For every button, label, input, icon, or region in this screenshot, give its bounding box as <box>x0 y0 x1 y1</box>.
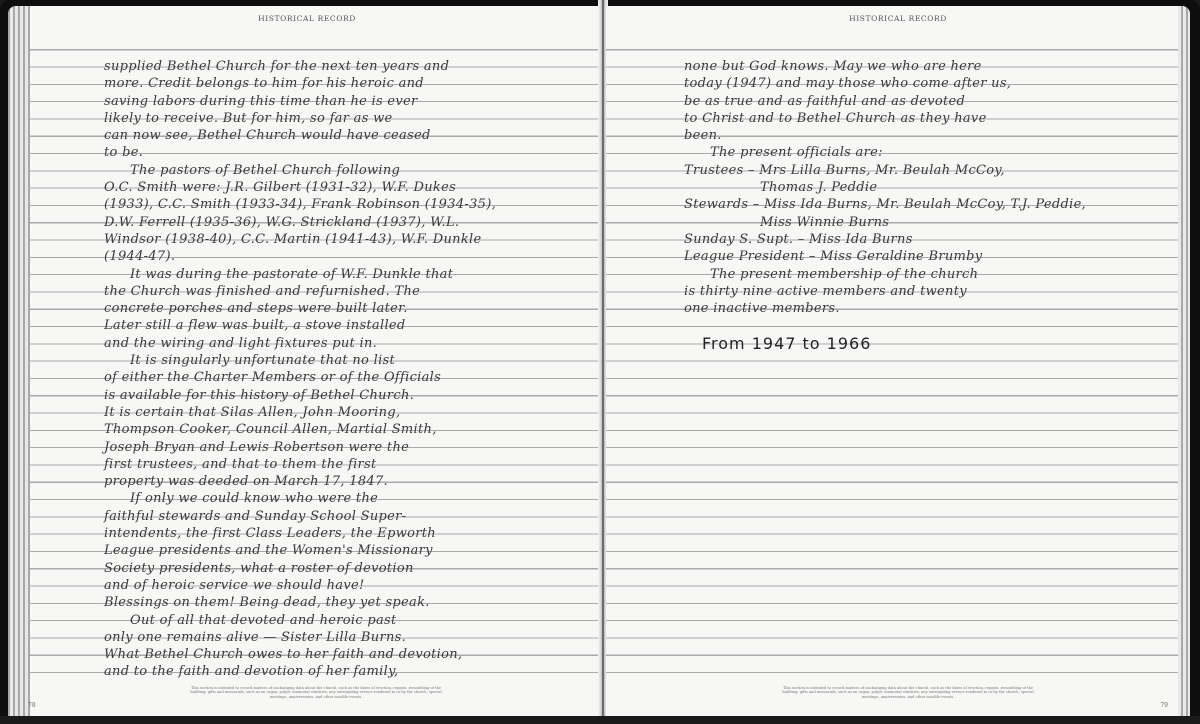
text-line: property was deeded on March 17, 1847. <box>104 473 496 490</box>
text-line: more. Credit belongs to him for his hero… <box>104 75 496 92</box>
page-header: HISTORICAL RECORD <box>8 14 606 23</box>
text-line: Stewards – Miss Ida Burns, Mr. Beulah Mc… <box>684 196 1086 213</box>
text-line: Miss Winnie Burns <box>684 214 1086 231</box>
text-line: Society presidents, what a roster of dev… <box>104 560 496 577</box>
text-line: is available for this history of Bethel … <box>104 387 496 404</box>
printed-footer-note: This section is intended to record matte… <box>186 686 446 699</box>
open-record-book: HISTORICAL RECORD supplied Bethel Church… <box>0 0 1200 716</box>
text-line: and to the faith and devotion of her fam… <box>104 663 496 680</box>
page-number: 78 <box>28 702 36 709</box>
text-line: The pastors of Bethel Church following <box>104 162 496 179</box>
text-line: supplied Bethel Church for the next ten … <box>104 58 496 75</box>
text-line: Thompson Cooker, Council Allen, Martial … <box>104 421 496 438</box>
text-line: The present officials are: <box>684 144 1086 161</box>
text-line: intendents, the first Class Leaders, the… <box>104 525 496 542</box>
right-page: HISTORICAL RECORD none but God knows. Ma… <box>606 6 1190 716</box>
text-line: League presidents and the Women's Missio… <box>104 542 496 559</box>
handwritten-text: none but God knows. May we who are heret… <box>684 58 1086 352</box>
text-line: What Bethel Church owes to her faith and… <box>104 646 496 663</box>
text-line: D.W. Ferrell (1935-36), W.G. Strickland … <box>104 214 496 231</box>
text-line: (1944-47). <box>104 248 496 265</box>
text-line: It is singularly unfortunate that no lis… <box>104 352 496 369</box>
text-line: If only we could know who were the <box>104 490 496 507</box>
text-line: Blessings on them! Being dead, they yet … <box>104 594 496 611</box>
text-line: From 1947 to 1966 <box>684 335 1086 352</box>
text-line: Thomas J. Peddie <box>684 179 1086 196</box>
text-line: Later still a flew was built, a stove in… <box>104 317 496 334</box>
text-line: to Christ and to Bethel Church as they h… <box>684 110 1086 127</box>
text-line: It is certain that Silas Allen, John Moo… <box>104 404 496 421</box>
text-line: concrete porches and steps were built la… <box>104 300 496 317</box>
text-line: today (1947) and may those who come afte… <box>684 75 1086 92</box>
text-line: be as true and as faithful and as devote… <box>684 93 1086 110</box>
text-line: The present membership of the church <box>684 266 1086 283</box>
text-line: League President – Miss Geraldine Brumby <box>684 248 1086 265</box>
text-line: Out of all that devoted and heroic past <box>104 612 496 629</box>
text-line: one inactive members. <box>684 300 1086 317</box>
text-line: and the wiring and light fixtures put in… <box>104 335 496 352</box>
page-header: HISTORICAL RECORD <box>606 14 1190 23</box>
text-line: the Church was finished and refurnished.… <box>104 283 496 300</box>
text-line: only one remains alive — Sister Lilla Bu… <box>104 629 496 646</box>
text-line <box>684 317 1086 334</box>
text-line: Windsor (1938-40), C.C. Martin (1941-43)… <box>104 231 496 248</box>
text-line: faithful stewards and Sunday School Supe… <box>104 508 496 525</box>
text-line: and of heroic service we should have! <box>104 577 496 594</box>
text-line: can now see, Bethel Church would have ce… <box>104 127 496 144</box>
text-line: Sunday S. Supt. – Miss Ida Burns <box>684 231 1086 248</box>
text-line: likely to receive. But for him, so far a… <box>104 110 496 127</box>
page-stack-edge <box>1178 6 1190 716</box>
text-line: It was during the pastorate of W.F. Dunk… <box>104 266 496 283</box>
text-line: of either the Charter Members or of the … <box>104 369 496 386</box>
text-line: (1933), C.C. Smith (1933-34), Frank Robi… <box>104 196 496 213</box>
left-page: HISTORICAL RECORD supplied Bethel Church… <box>8 6 606 716</box>
printed-footer-note: This section is intended to record matte… <box>778 686 1038 699</box>
page-stack-edge <box>8 6 30 716</box>
handwritten-text: supplied Bethel Church for the next ten … <box>104 58 496 681</box>
page-number: 79 <box>1160 702 1168 709</box>
text-line: been. <box>684 127 1086 144</box>
text-line: is thirty nine active members and twenty <box>684 283 1086 300</box>
text-line: saving labors during this time than he i… <box>104 93 496 110</box>
text-line: Joseph Bryan and Lewis Robertson were th… <box>104 439 496 456</box>
text-line: to be. <box>104 144 496 161</box>
text-line: none but God knows. May we who are here <box>684 58 1086 75</box>
text-line: O.C. Smith were: J.R. Gilbert (1931-32),… <box>104 179 496 196</box>
text-line: Trustees – Mrs Lilla Burns, Mr. Beulah M… <box>684 162 1086 179</box>
text-line: first trustees, and that to them the fir… <box>104 456 496 473</box>
